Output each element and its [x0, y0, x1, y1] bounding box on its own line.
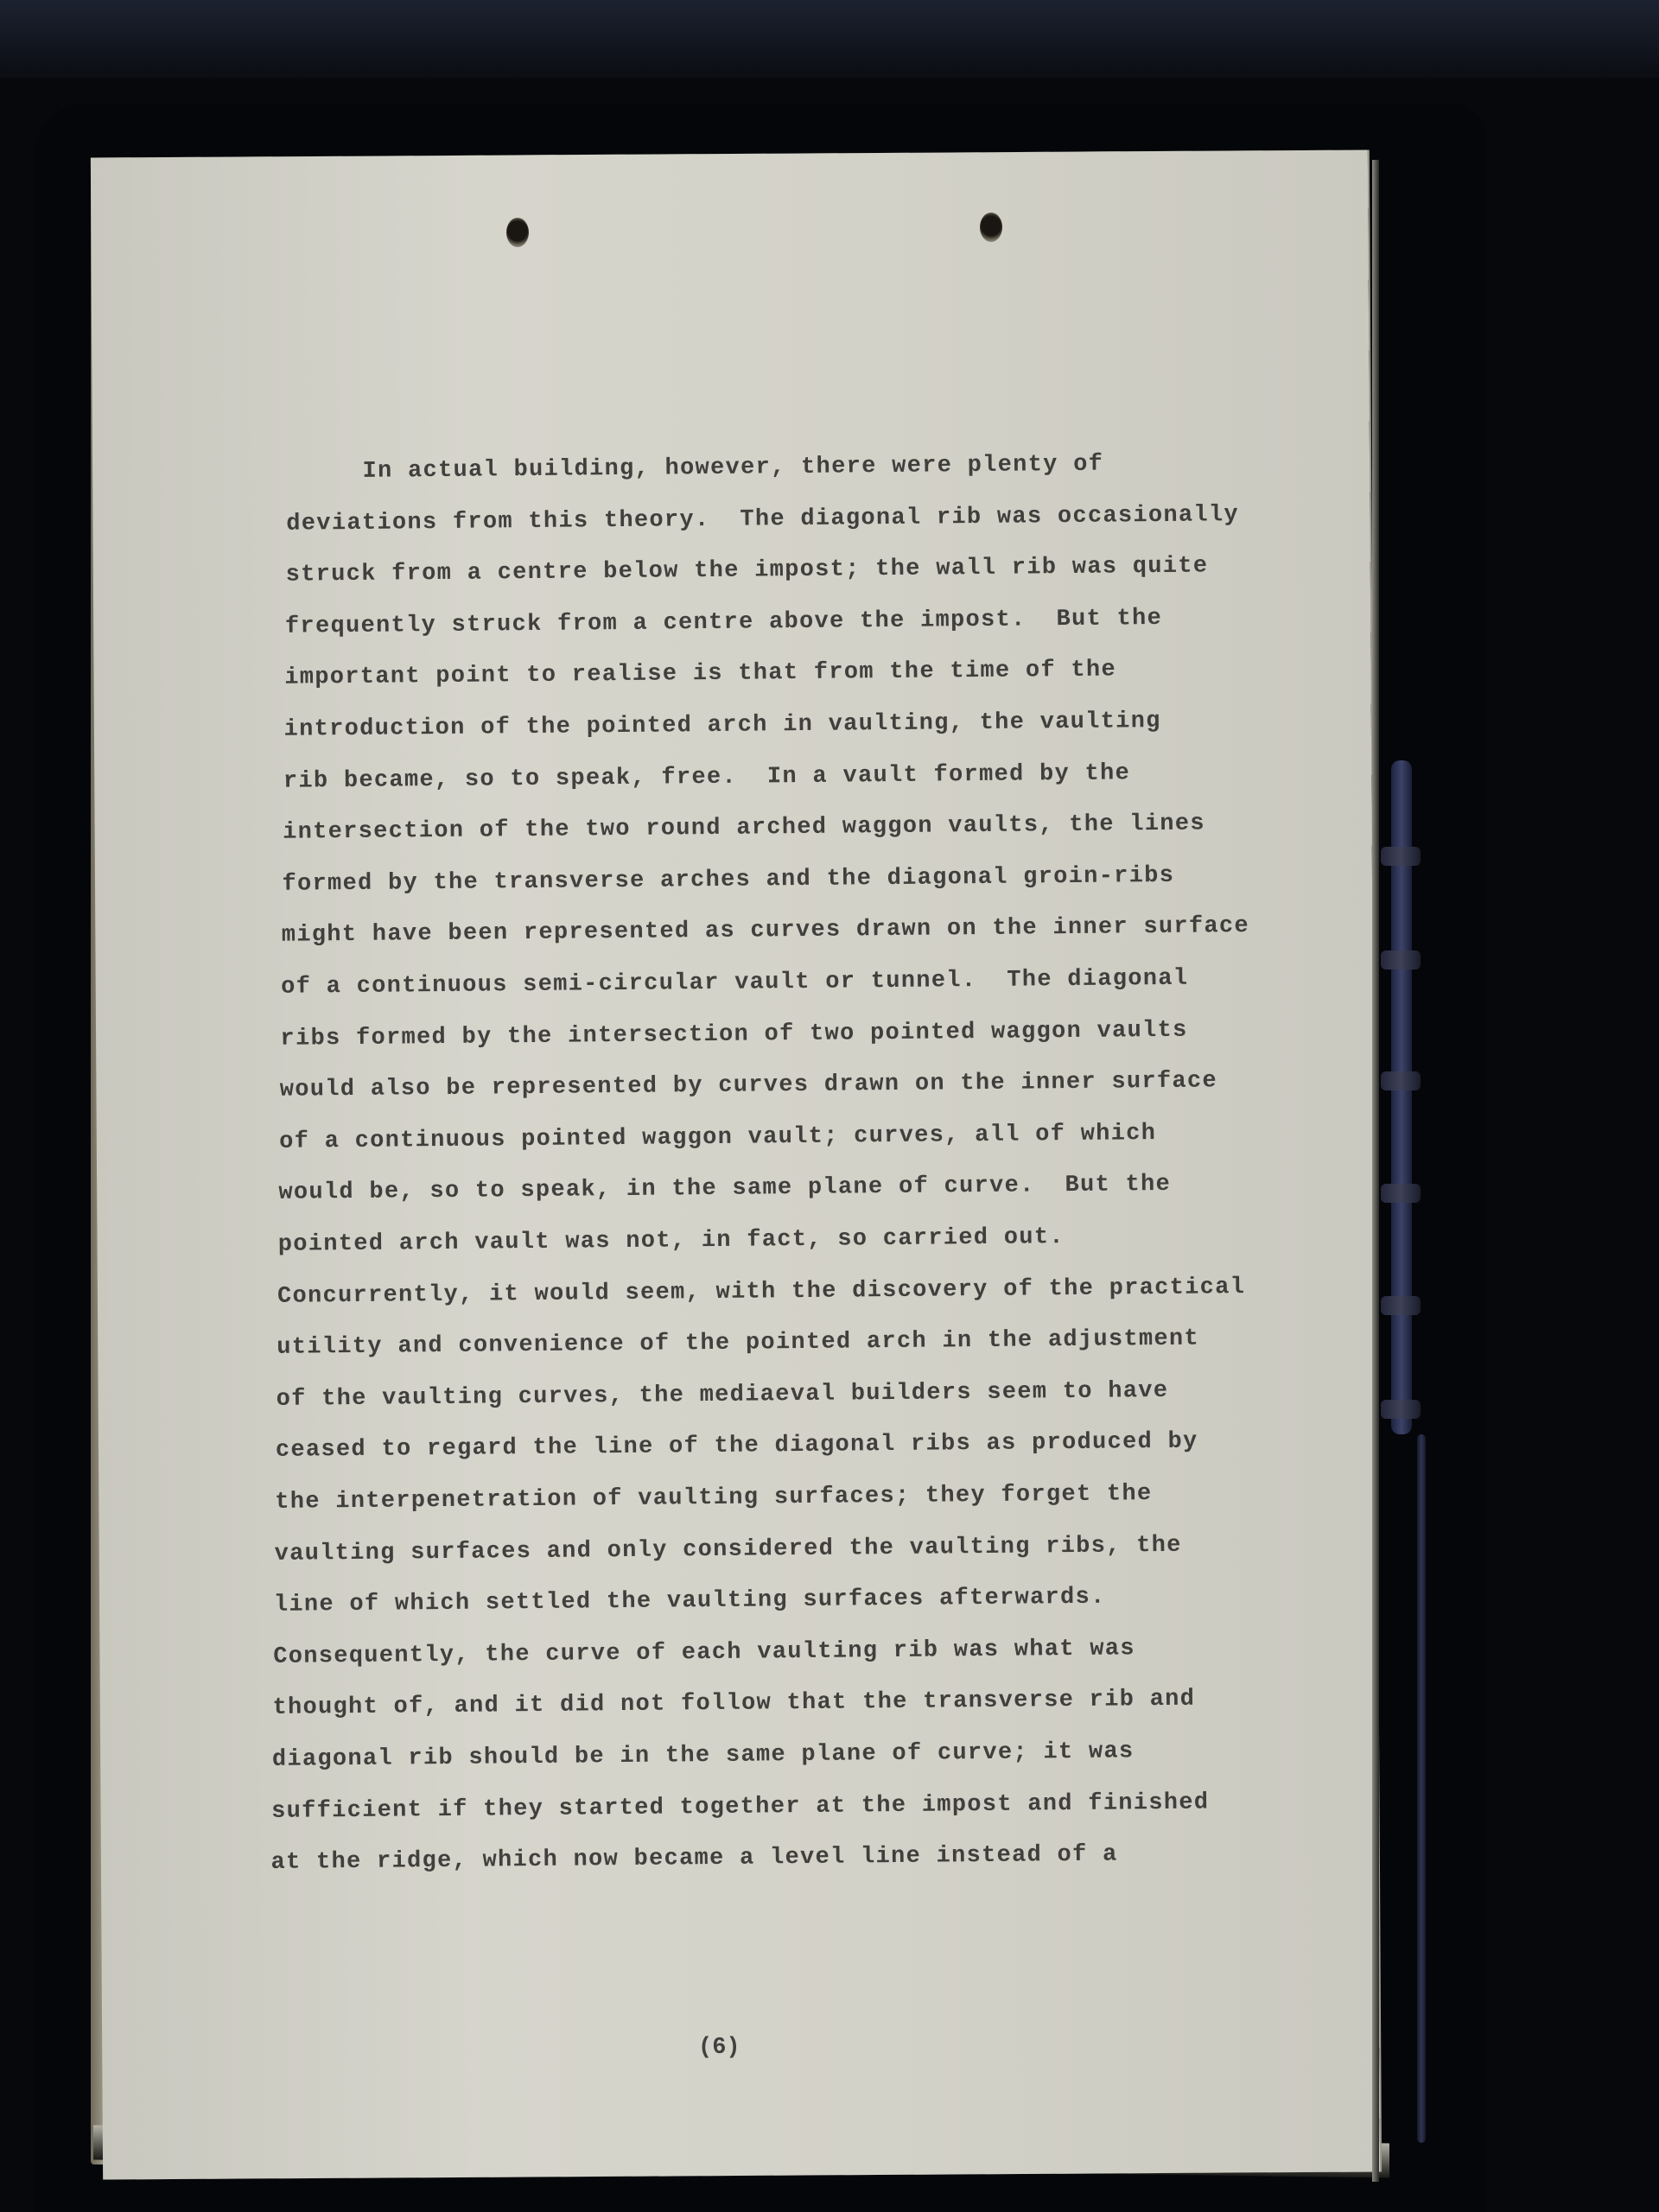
binder-ring-segment — [1381, 1071, 1421, 1090]
punch-hole — [980, 213, 1002, 242]
binder-ring-segment — [1381, 1400, 1421, 1419]
page-number: (6) — [698, 2035, 741, 2061]
background-surface — [0, 0, 1659, 78]
binder-ring-segment — [1381, 1296, 1421, 1315]
binder-ring-segment — [1381, 950, 1421, 969]
page-edge-shadow — [1372, 160, 1379, 2182]
punch-hole — [506, 218, 529, 247]
binder-ring-segment — [1381, 847, 1421, 866]
binder-ring-lower — [1417, 1434, 1426, 2143]
binder-ring-segment — [1381, 1184, 1421, 1203]
